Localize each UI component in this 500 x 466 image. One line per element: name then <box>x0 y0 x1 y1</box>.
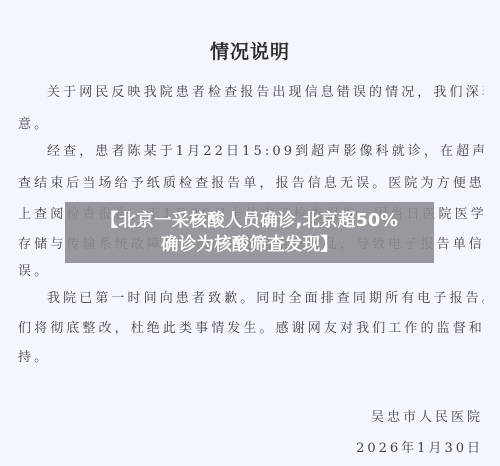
headline-overlay-banner: 【北京一采核酸人员确诊,北京超50% 确诊为核酸筛查发现】 <box>65 202 434 263</box>
headline-line-1: 【北京一采核酸人员确诊,北京超50% <box>101 209 398 233</box>
signature-date: 2026年1月30日 <box>356 440 483 458</box>
text-line: 们将彻底整改，杜绝此类事情发生。感谢网友对我们工作的监督和支 <box>18 320 484 338</box>
text-line: 我院已第一时间向患者致歉。同时全面排查同期所有电子报告。我 <box>47 290 484 308</box>
text-line: 关于网民反映我院患者检查报告出现信息错误的情况，我们深表歉 <box>47 84 484 102</box>
headline-line-2: 确诊为核酸筛查发现】 <box>161 233 338 257</box>
text-line: 经查，患者陈某于1月22日15:09到超声影像科就诊，在超声影像检 <box>47 143 484 161</box>
document-title: 情况说明 <box>0 37 500 64</box>
text-line: 误。 <box>18 263 484 281</box>
text-line: 查结束后当场给予纸质检查报告单，报告信息无误。医院为方便患者线 <box>18 175 484 193</box>
text-line: 意。 <box>18 116 484 134</box>
signature-organization: 吴忠市人民医院 <box>371 409 483 427</box>
text-line: 持。 <box>18 349 484 367</box>
